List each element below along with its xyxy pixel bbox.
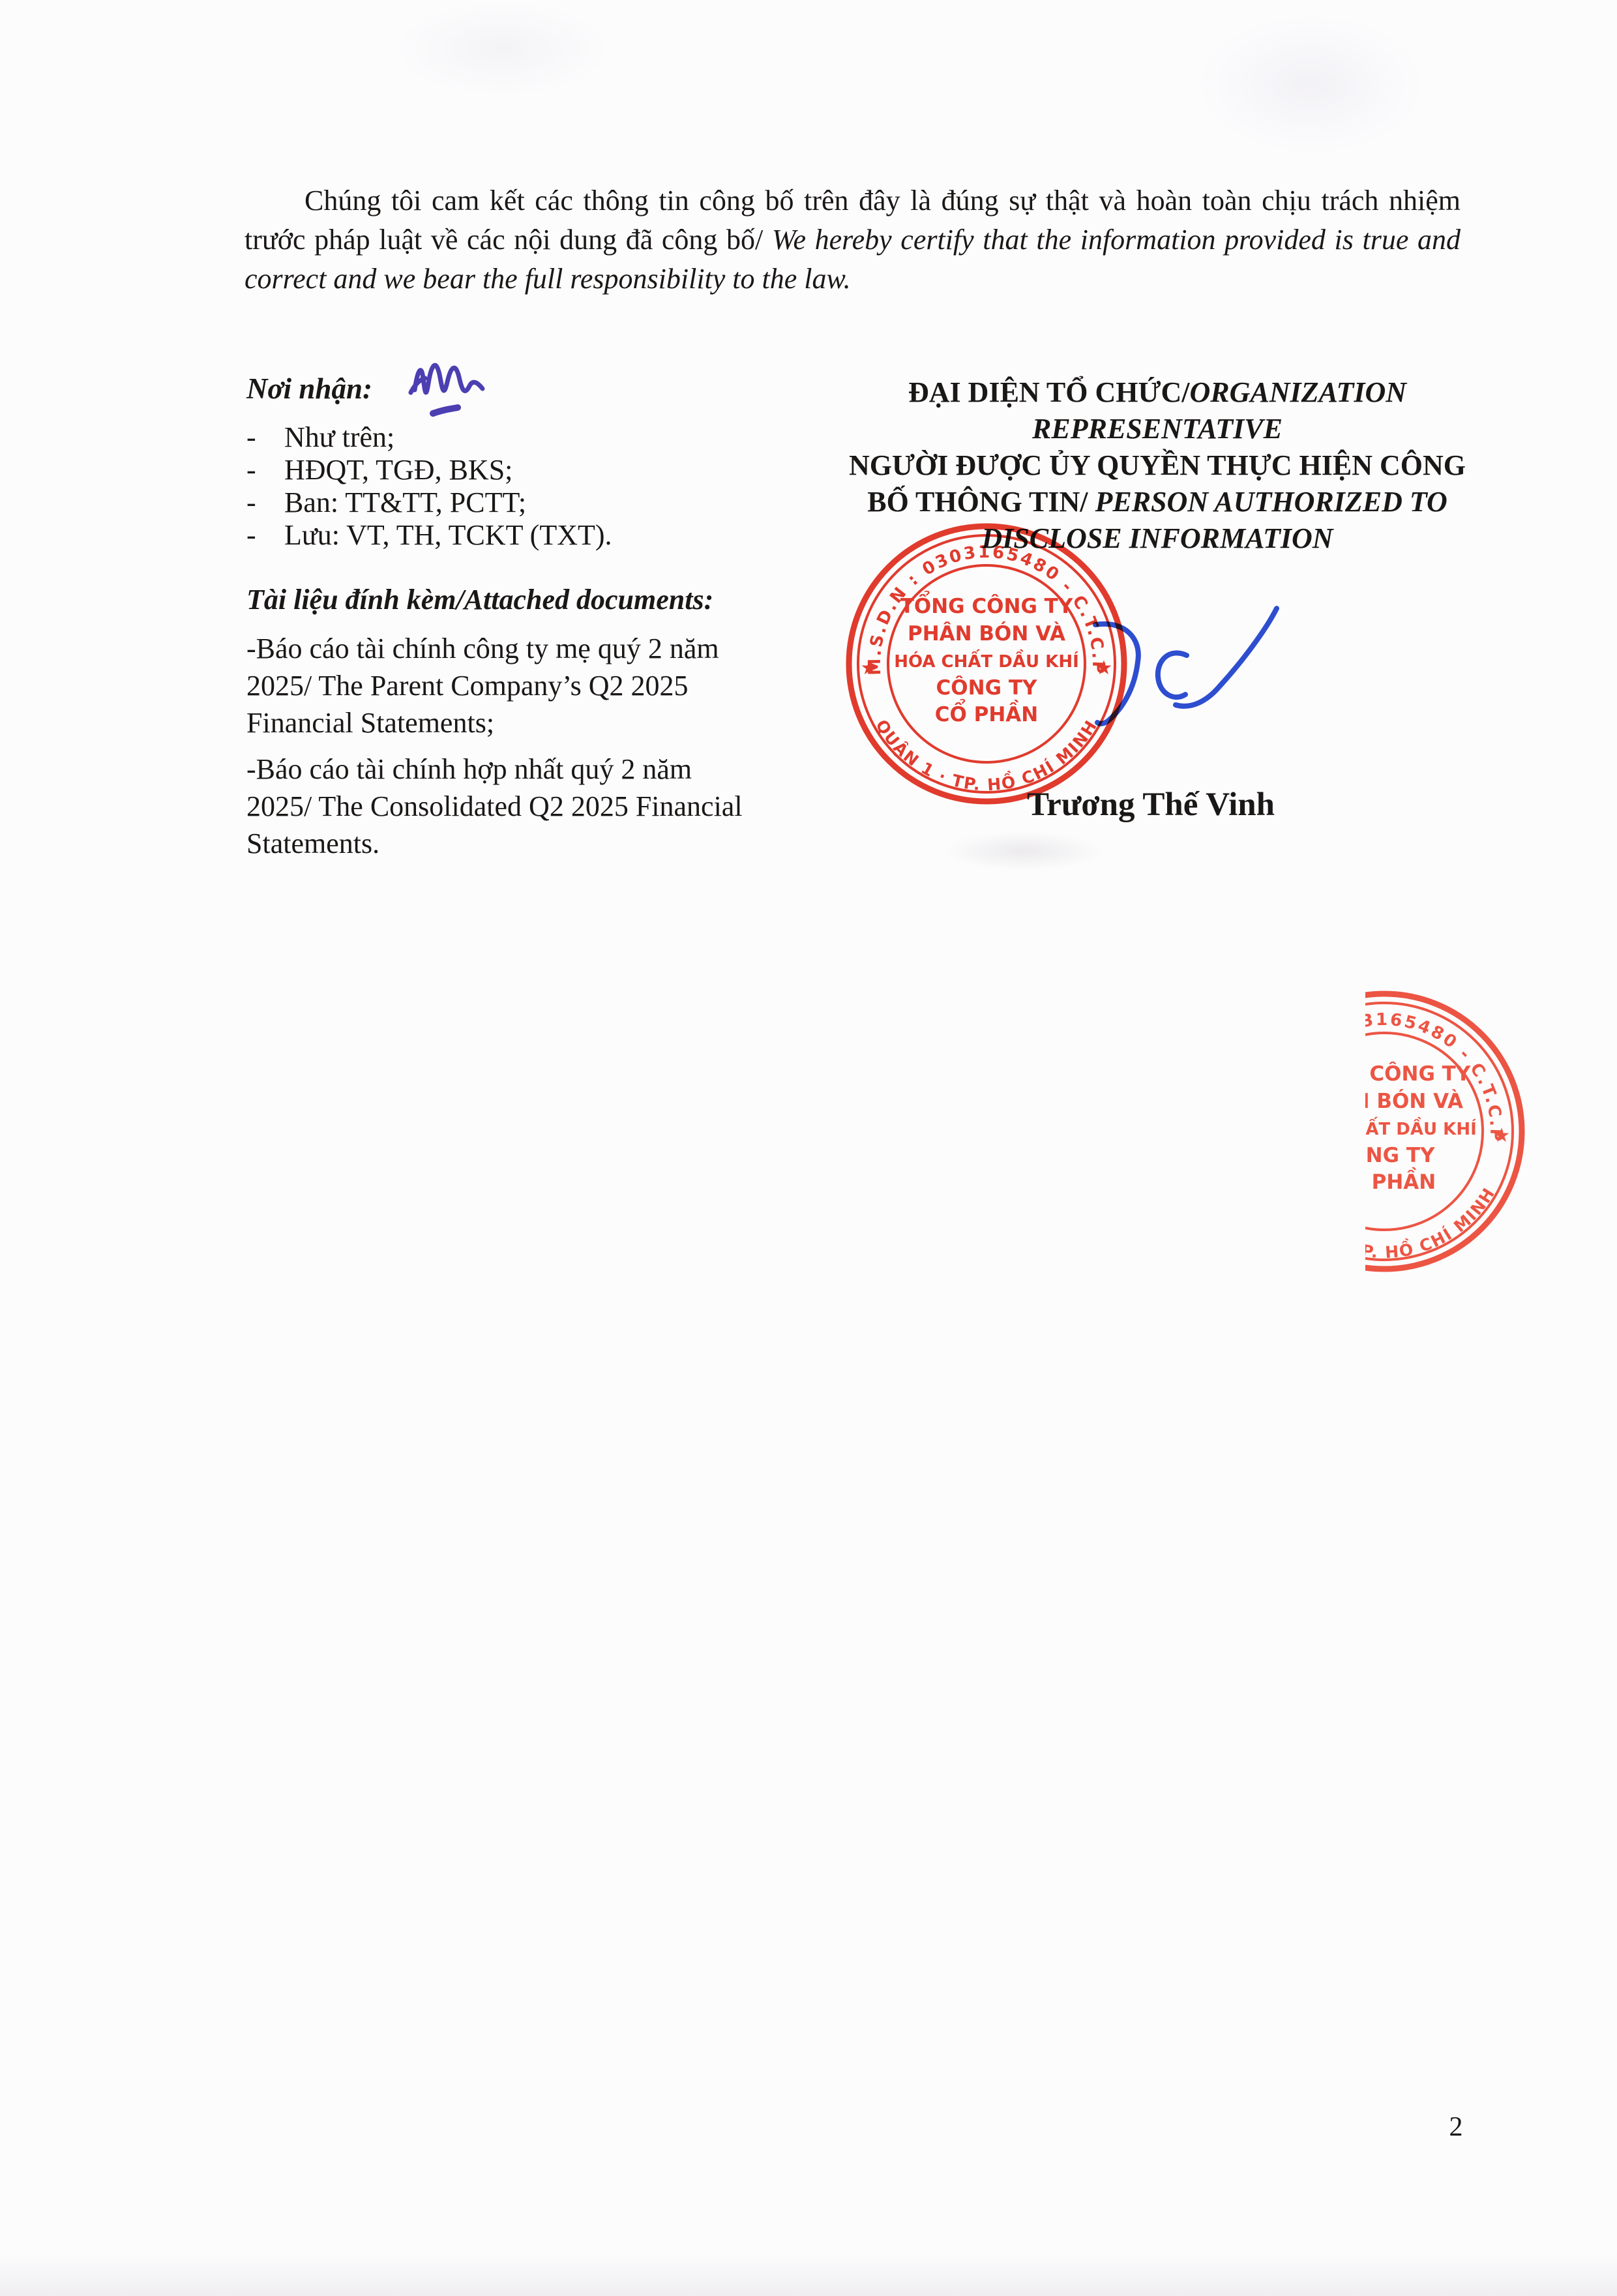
heading-text: REPRESENTATIVE [1032,413,1283,445]
left-column: Nơi nhận: - Như trên; - HĐQT, TGĐ, BKS; … [246,372,768,862]
list-item: - Như trên; [246,421,768,454]
attachment-item: -Báo cáo tài chính công ty mẹ quý 2 năm … [246,630,750,741]
list-dash: - [246,519,284,552]
seal-center-line: TỔNG CÔNG TY [1365,1058,1471,1086]
list-item: - Lưu: VT, TH, TCKT (TXT). [246,519,768,552]
list-item: - Ban: TT&TT, PCTT; [246,486,768,519]
recipient-text: HĐQT, TGĐ, BKS; [284,454,512,486]
seal-center-line: HÓA CHẤT DẦU KHÍ [1365,1116,1477,1139]
seal-ring-bottom-text: QUẬN 1 · TP. HỒ CHÍ MINH [872,717,1101,795]
certification-paragraph: Chúng tôi cam kết các thông tin công bố … [245,181,1461,299]
list-dash: - [246,454,284,486]
heading-line: BỐ THÔNG TIN/ PERSON AUTHORIZED TO [812,484,1503,520]
list-dash: - [246,486,284,519]
recipients-list: - Như trên; - HĐQT, TGĐ, BKS; - Ban: TT&… [246,421,768,552]
seal-center-line: PHÂN BÓN VÀ [1365,1089,1463,1113]
heading-text: PERSON AUTHORIZED TO [1095,486,1447,518]
heading-text: BỐ THÔNG TIN/ [867,486,1095,518]
seal-center-line: TỔNG CÔNG TY [900,591,1073,618]
seal-center-line: CÔNG TY [936,676,1037,700]
recipient-text: Như trên; [284,421,394,454]
star-icon: ★ [861,657,878,679]
partial-seal-clip: M.S.D.N : 0303165480 - C.T.C.P QUẬN 1 · … [1365,987,1536,1278]
attachments-section: Tài liệu đính kèm/Attached documents: -B… [246,583,768,862]
scan-edge-shadow [0,2253,1617,2296]
seal-center-line: PHÂN BÓN VÀ [908,621,1065,646]
partial-company-seal: M.S.D.N : 0303165480 - C.T.C.P QUẬN 1 · … [1365,988,1528,1275]
heading-line: NGƯỜI ĐƯỢC ỦY QUYỀN THỰC HIỆN CÔNG [812,447,1503,484]
attachments-label: Tài liệu đính kèm/Attached documents: [246,583,768,617]
recipients-label: Nơi nhận: [246,372,768,406]
list-dash: - [246,421,284,454]
recipient-text: Ban: TT&TT, PCTT; [284,486,526,519]
attachment-item: -Báo cáo tài chính hợp nhất quý 2 năm 20… [246,751,750,862]
initials-scribble [406,352,487,424]
seal-center-line: CỔ PHẦN [1365,1167,1436,1194]
seal-center-line: CÔNG TY [1365,1143,1435,1167]
star-icon: ★ [1493,1124,1511,1147]
document-page: Chúng tôi cam kết các thông tin công bố … [0,0,1617,2296]
recipient-text: Lưu: VT, TH, TCKT (TXT). [284,519,612,552]
scan-smudge [942,831,1105,871]
signer-name: Trương Thế Vinh [972,786,1330,824]
handwritten-signature [1079,590,1294,734]
heading-text: ĐẠI DIỆN TỔ CHỨC/ [908,376,1190,408]
list-item: - HĐQT, TGĐ, BKS; [246,454,768,486]
scan-smudge [391,0,613,98]
heading-line: REPRESENTATIVE [812,411,1503,447]
recipients-section: Nơi nhận: - Như trên; - HĐQT, TGĐ, BKS; … [246,372,768,552]
scan-smudge [1193,13,1428,157]
heading-text: ORGANIZATION [1190,376,1407,408]
svg-text:QUẬN 1 · TP. HỒ CHÍ MINH: QUẬN 1 · TP. HỒ CHÍ MINH [1365,1184,1499,1262]
seal-center-line: CỔ PHẦN [935,699,1039,726]
seal-ring-bottom-text: QUẬN 1 · TP. HỒ CHÍ MINH [1365,1184,1499,1262]
heading-text: NGƯỜI ĐƯỢC ỦY QUYỀN THỰC HIỆN CÔNG [849,449,1466,481]
seal-center-line: HÓA CHẤT DẦU KHÍ [894,648,1079,672]
svg-text:QUẬN 1 · TP. HỒ CHÍ MINH: QUẬN 1 · TP. HỒ CHÍ MINH [872,717,1101,795]
heading-line: ĐẠI DIỆN TỔ CHỨC/ORGANIZATION [812,374,1503,411]
page-number: 2 [1433,2111,1479,2143]
